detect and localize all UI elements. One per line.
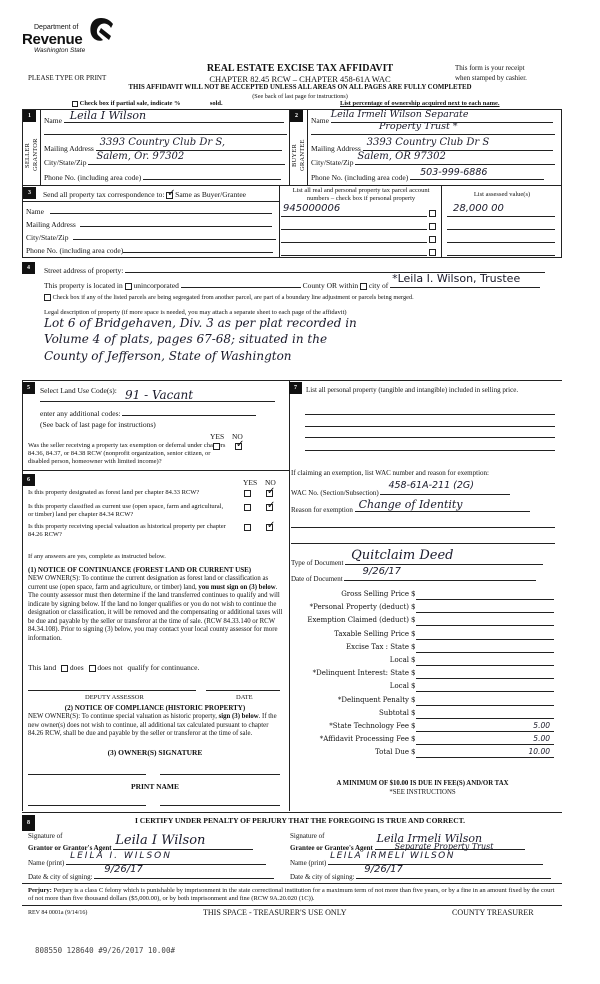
grantor-signature-field[interactable]: Leila I Wilson xyxy=(113,841,253,850)
legal-description-field[interactable]: Lot 6 of Bridgehaven, Div. 3 as per plat… xyxy=(44,316,524,368)
receipt-note-2: when stamped by cashier. xyxy=(455,74,527,82)
does-qualify-checkbox[interactable] xyxy=(61,665,68,672)
treasurer-use-label: THIS SPACE - TREASURER'S USE ONLY xyxy=(203,908,347,918)
see-instructions-note: *SEE INSTRUCTIONS xyxy=(290,789,555,797)
legal-line-3: County of Jefferson, State of Washington xyxy=(44,349,292,363)
exemption-question: Was the seller receiving a property tax … xyxy=(28,442,233,466)
fee-label: Excise Tax : State xyxy=(346,643,409,651)
buyer-grantee-label: BUYERGRANTEE xyxy=(291,126,307,184)
segregated-checkbox[interactable] xyxy=(44,294,51,301)
sec6-yes-header: YES xyxy=(243,478,257,487)
fee-value: 5.00 xyxy=(533,721,550,730)
seller-phone-label: Phone No. (including area code) xyxy=(44,173,141,182)
corr-phone-field[interactable] xyxy=(123,245,273,253)
section-3-correspondence: 3 Send all property tax correspondence t… xyxy=(22,186,562,258)
personal-property-line-4[interactable] xyxy=(305,450,555,451)
fee-amount-field[interactable] xyxy=(416,718,554,719)
does-label: does xyxy=(70,663,84,672)
city-checkbox[interactable] xyxy=(360,283,367,290)
parcel-row xyxy=(281,233,561,245)
fee-amount-field[interactable] xyxy=(416,691,554,692)
sec6-no-checkbox[interactable] xyxy=(266,490,273,497)
partial-sale-checkbox[interactable] xyxy=(72,101,78,107)
fee-value: 5.00 xyxy=(533,734,550,743)
doc-date-field[interactable]: 9/26/17 xyxy=(344,572,536,581)
county-or-within-label: County OR within xyxy=(303,281,358,290)
legal-line-2: Volume 4 of plats, pages 67-68; situated… xyxy=(44,332,327,346)
currency-symbol: $ xyxy=(411,616,415,624)
personal-property-checkbox[interactable] xyxy=(429,249,436,256)
fee-label: Exemption Claimed (deduct) xyxy=(307,616,409,624)
fee-value: 10.00 xyxy=(529,747,550,756)
parcel-number-field[interactable] xyxy=(281,220,427,230)
currency-symbol: $ xyxy=(411,722,415,730)
reason-field[interactable]: Change of Identity xyxy=(355,503,530,512)
this-land-label: This land xyxy=(28,663,56,672)
land-use-field[interactable]: 91 - Vacant xyxy=(40,390,275,402)
notice-compliance-text: NEW OWNER(S): To continue special valuat… xyxy=(28,713,284,739)
acceptance-warning: THIS AFFIDAVIT WILL NOT BE ACCEPTED UNLE… xyxy=(0,84,600,92)
sec5-yes-header: YES xyxy=(210,432,224,441)
located-in-label: This property is located in xyxy=(44,281,123,290)
does-not-qualify-checkbox[interactable] xyxy=(89,665,96,672)
print-name-line-2[interactable] xyxy=(160,805,280,806)
parcel-row: 94500000628,000 00 xyxy=(281,207,561,219)
fee-row: *Personal Property (deduct)$ xyxy=(285,603,585,615)
seller-phone-field[interactable] xyxy=(143,172,281,180)
certify-statement: I CERTIFY UNDER PENALTY OF PERJURY THAT … xyxy=(0,816,600,825)
section-4-number: 4 xyxy=(22,262,35,274)
fee-amount-field[interactable] xyxy=(416,678,554,679)
same-as-buyer-label: Same as Buyer/Grantee xyxy=(175,190,246,199)
sec6-no-checkbox[interactable] xyxy=(266,524,273,531)
corr-city-label: City/State/Zip xyxy=(26,233,69,242)
deputy-assessor-label: DEPUTY ASSESSOR xyxy=(85,694,144,702)
assessed-value-field[interactable] xyxy=(447,233,555,243)
dor-logo: Department of Revenue Washington State xyxy=(22,14,122,64)
unincorporated-label: unincorporated xyxy=(133,281,178,290)
county-treasurer-label: COUNTY TREASURER xyxy=(452,908,534,918)
parcel-row xyxy=(281,246,561,258)
segregated-label: Check box if any of the listed parcels a… xyxy=(53,294,414,301)
additional-codes-label: enter any additional codes: xyxy=(40,409,121,418)
fee-row: Total Due$10.00 xyxy=(285,748,585,760)
assessed-value-field[interactable] xyxy=(447,246,555,256)
fee-amount-field[interactable] xyxy=(416,639,554,640)
fee-amount-field[interactable] xyxy=(416,731,554,732)
perjury-notice: Perjury: Perjury is a class C felony whi… xyxy=(28,887,558,903)
legal-line-1: Lot 6 of Bridgehaven, Div. 3 as per plat… xyxy=(44,316,357,330)
personal-property-label: List all personal property (tangible and… xyxy=(306,385,551,396)
fee-amount-field[interactable] xyxy=(416,705,554,706)
fee-label: Subtotal xyxy=(379,709,409,717)
grantor-name-field[interactable]: LEILA I. WILSON xyxy=(66,856,266,865)
buyer-city-label: City/State/Zip xyxy=(311,158,354,167)
fee-label: Local xyxy=(390,682,409,690)
doc-type-field[interactable]: Quitclaim Deed xyxy=(345,556,543,565)
see-back-instructions: (See back of last page for instructions) xyxy=(40,420,156,429)
buyer-phone-field[interactable]: 503-999-6886 xyxy=(410,172,544,180)
parcel-header: List all real and personal property tax … xyxy=(281,187,441,202)
reason-label: Reason for exemption xyxy=(291,506,353,514)
fee-row: Subtotal$ xyxy=(285,709,585,721)
deputy-assessor-sig-line[interactable] xyxy=(28,690,196,691)
currency-symbol: $ xyxy=(411,696,415,704)
print-name-label: PRINT NAME xyxy=(0,782,310,791)
form-id: REV 84 0001a (9/14/16) xyxy=(28,910,87,917)
fee-row: Taxable Selling Price$ xyxy=(285,630,585,642)
seller-mailing-label: Mailing Address xyxy=(44,144,94,153)
personal-property-line-1[interactable] xyxy=(305,414,555,415)
if-yes-note: If any answers are yes, complete as inst… xyxy=(28,553,166,561)
corr-mailing-label: Mailing Address xyxy=(26,220,76,229)
personal-property-checkbox[interactable] xyxy=(429,223,436,230)
personal-property-checkbox[interactable] xyxy=(429,236,436,243)
notice-compliance-title: (2) NOTICE OF COMPLIANCE (HISTORIC PROPE… xyxy=(0,704,310,712)
grantee-sig-label-1: Signature of xyxy=(290,832,324,840)
fee-row: *Delinquent Interest: State$ xyxy=(285,669,585,681)
fee-label: *State Technology Fee xyxy=(329,722,409,730)
notice-continuance-title: (1) NOTICE OF CONTINUANCE (FOREST LAND O… xyxy=(28,566,251,574)
seller-name-label: Name xyxy=(44,116,62,125)
grantee-name-label: Name (print) xyxy=(290,859,326,867)
sec6-question: Is this property receiving special valua… xyxy=(28,523,296,543)
date-label: DATE xyxy=(236,694,253,702)
owner-sig-line-2[interactable] xyxy=(160,774,280,775)
logo-agency-line3: Washington State xyxy=(34,47,85,55)
corr-city-field[interactable] xyxy=(73,232,276,240)
seller-grantor-label: SELLERGRANTOR xyxy=(24,126,40,184)
reason-line-2[interactable] xyxy=(291,527,555,528)
reason-line-3[interactable] xyxy=(291,543,555,544)
seller-city-field[interactable]: Salem, Or. 97302 xyxy=(88,155,285,165)
cashier-stamp: 808550 128640 #9/26/2017 10.00# xyxy=(35,946,175,955)
currency-symbol: $ xyxy=(411,603,415,611)
city-of-label: city of xyxy=(369,281,388,290)
seller-city-label: City/State/Zip xyxy=(44,158,87,167)
section-1-number: 1 xyxy=(23,110,36,122)
does-not-label: does not xyxy=(97,663,122,672)
currency-symbol: $ xyxy=(411,669,415,677)
fee-amount-field[interactable] xyxy=(416,599,554,600)
fee-label: *Delinquent Interest: State xyxy=(313,669,409,677)
currency-symbol: $ xyxy=(411,656,415,664)
fee-label: *Affidavit Processing Fee xyxy=(320,735,409,743)
currency-symbol: $ xyxy=(411,590,415,598)
section-6-number: 6 xyxy=(22,474,35,486)
sec6-question: Is this property classified as current u… xyxy=(28,503,296,523)
city-field[interactable]: *Leila I. Wilson, Trustee xyxy=(390,280,540,288)
exemption-yes-checkbox[interactable] xyxy=(213,443,220,450)
grantor-date-field[interactable]: 9/26/17 xyxy=(94,870,274,879)
sec6-yes-checkbox[interactable] xyxy=(244,504,251,511)
owner-sig-line-1[interactable] xyxy=(28,774,146,775)
section-1-seller: 1 SELLERGRANTOR Name Leila I Wilson Mail… xyxy=(22,109,290,186)
fee-label: *Delinquent Penalty xyxy=(338,696,409,704)
grantee-signature-field[interactable]: Leila Irmeli Wilson Separate Property Tr… xyxy=(375,841,525,850)
section-7-number: 7 xyxy=(289,382,302,394)
sec6-yes-checkbox[interactable] xyxy=(244,490,251,497)
assessed-value-field[interactable]: 28,000 00 xyxy=(447,207,555,217)
fee-amount-field[interactable] xyxy=(416,665,554,666)
grantee-date-field[interactable]: 9/26/17 xyxy=(356,870,551,879)
currency-symbol: $ xyxy=(411,643,415,651)
unincorporated-checkbox[interactable] xyxy=(125,283,132,290)
section-2-buyer: 2 BUYERGRANTEE Name Leila Irmeli Wilson … xyxy=(290,109,562,186)
fee-label: Gross Selling Price xyxy=(341,590,409,598)
personal-property-line-3[interactable] xyxy=(305,437,555,438)
assessed-header: List assessed value(s) xyxy=(443,191,561,199)
grantor-sig-label-1: Signature of xyxy=(28,832,62,840)
parcel-number-field[interactable] xyxy=(281,233,427,243)
fee-row: Local$ xyxy=(285,682,585,694)
buyer-name-label: Name xyxy=(311,116,329,125)
additional-codes-field[interactable] xyxy=(122,408,256,416)
sec6-question-text: Is this property classified as current u… xyxy=(28,503,228,519)
qualify-label: qualify for continuance. xyxy=(127,663,199,672)
parcel-number-field[interactable]: 945000006 xyxy=(281,207,427,217)
street-address-label: Street address of property: xyxy=(44,266,123,275)
buyer-mailing-field[interactable]: 3393 Country Club Dr S xyxy=(363,141,553,151)
sec6-yes-checkbox[interactable] xyxy=(244,524,251,531)
exemption-no-checkbox[interactable] xyxy=(235,443,242,450)
exemption-claim-label: If claiming an exemption, list WAC numbe… xyxy=(291,469,489,477)
receipt-note-1: This form is your receipt xyxy=(455,64,525,72)
section-2-number: 2 xyxy=(290,110,303,122)
partial-sale-row: Check box if partial sale, indicate % so… xyxy=(72,100,223,108)
sold-label: sold. xyxy=(210,100,223,107)
grantor-name-label: Name (print) xyxy=(28,859,64,867)
section-5-number: 5 xyxy=(22,382,35,394)
fee-label: Taxable Selling Price xyxy=(334,630,409,638)
buyer-name-field-2[interactable]: Property Trust * xyxy=(311,125,555,135)
dor-swirl-icon xyxy=(87,16,115,44)
assessed-value-field[interactable] xyxy=(447,220,555,230)
fee-amount-field[interactable] xyxy=(416,652,554,653)
fee-row: Exemption Claimed (deduct)$ xyxy=(285,616,585,628)
owner-signature-label: (3) OWNER(S) SIGNATURE xyxy=(0,748,310,757)
currency-symbol: $ xyxy=(411,682,415,690)
sec6-question-text: Is this property receiving special valua… xyxy=(28,523,228,539)
fee-amount-field[interactable] xyxy=(416,744,554,745)
fee-row: Gross Selling Price$ xyxy=(285,590,585,602)
seller-name-field[interactable]: Leila I Wilson xyxy=(64,113,284,123)
partial-sale-label: Check box if partial sale, indicate % xyxy=(80,100,181,107)
county-field[interactable] xyxy=(181,280,301,288)
parcel-row xyxy=(281,220,561,232)
buyer-phone-label: Phone No. (including area code) xyxy=(311,173,408,182)
fee-row: *Affidavit Processing Fee$5.00 xyxy=(285,735,585,747)
fee-label: *Personal Property (deduct) xyxy=(310,603,409,611)
personal-property-line-2[interactable] xyxy=(305,426,555,427)
sec6-question-text: Is this property designated as forest la… xyxy=(28,489,228,497)
fee-label: Total Due xyxy=(375,748,409,756)
buyer-city-field[interactable]: Salem, OR 97302 xyxy=(355,155,555,165)
sec6-no-checkbox[interactable] xyxy=(266,504,273,511)
fee-amount-field[interactable] xyxy=(416,757,554,758)
parcel-number-field[interactable] xyxy=(281,246,427,256)
corr-phone-label: Phone No. (including area code) xyxy=(26,246,123,255)
corr-name-label: Name xyxy=(26,207,44,216)
doc-type-label: Type of Document xyxy=(291,559,343,567)
fee-row: *Delinquent Penalty$ xyxy=(285,696,585,708)
ownership-note: List percentage of ownership acquired ne… xyxy=(340,100,500,108)
corr-mailing-field[interactable] xyxy=(80,219,272,227)
same-as-buyer-checkbox[interactable] xyxy=(166,192,173,199)
print-name-line-1[interactable] xyxy=(28,805,146,806)
send-correspondence-label: Send all property tax correspondence to: xyxy=(43,190,164,199)
buyer-mailing-label: Mailing Address xyxy=(311,144,361,153)
seller-mailing-field[interactable]: 3393 Country Club Dr S, xyxy=(96,141,282,151)
notice-continuance-text: NEW OWNER(S): To continue the current de… xyxy=(28,575,284,643)
currency-symbol: $ xyxy=(411,748,415,756)
grantor-date-label: Date & city of signing: xyxy=(28,873,93,881)
currency-symbol: $ xyxy=(411,709,415,717)
currency-symbol: $ xyxy=(411,735,415,743)
section-3-number: 3 xyxy=(23,187,36,199)
grantee-name-field[interactable]: LEILA IRMELI WILSON xyxy=(328,856,543,865)
fee-label: Local xyxy=(390,656,409,664)
personal-property-checkbox[interactable] xyxy=(429,210,436,217)
fee-amount-field[interactable] xyxy=(416,625,554,626)
fee-row: Excise Tax : State$ xyxy=(285,643,585,655)
fee-row: *State Technology Fee$5.00 xyxy=(285,722,585,734)
wac-label: WAC No. (Section/Subsection) xyxy=(291,489,379,497)
fee-amount-field[interactable] xyxy=(416,612,554,613)
fee-row: Local$ xyxy=(285,656,585,668)
minimum-due-note: A MINIMUM OF $10.00 IS DUE IN FEE(S) AND… xyxy=(290,780,555,788)
grantee-date-label: Date & city of signing: xyxy=(290,873,355,881)
doc-date-label: Date of Document xyxy=(291,575,343,583)
assessor-date-line[interactable] xyxy=(206,690,280,691)
currency-symbol: $ xyxy=(411,630,415,638)
corr-name-field[interactable] xyxy=(50,206,272,214)
wac-field[interactable]: 458-61A-211 (2G) xyxy=(380,486,510,495)
